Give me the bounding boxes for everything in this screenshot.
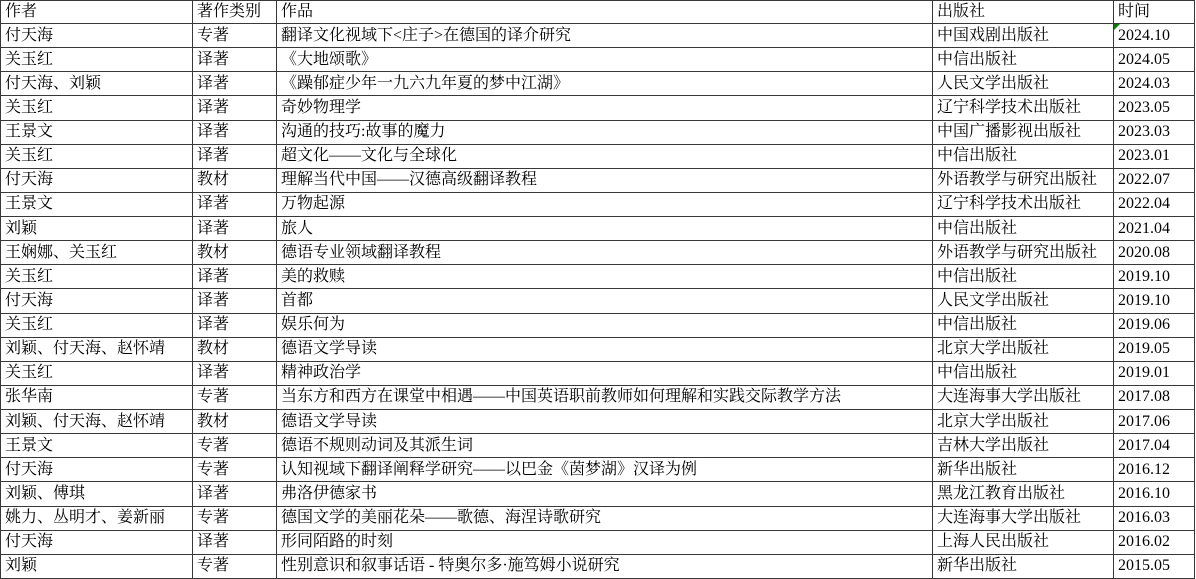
- cell-category[interactable]: 译著: [193, 120, 277, 144]
- cell-time[interactable]: 2016.12: [1114, 458, 1195, 482]
- cell-category[interactable]: 专著: [193, 458, 277, 482]
- cell-author[interactable]: 姚力、丛明才、姜新丽: [1, 506, 193, 530]
- cell-author[interactable]: 关玉红: [1, 96, 193, 120]
- cell-author[interactable]: 付天海: [1, 530, 193, 554]
- column-header-author[interactable]: 作者: [1, 1, 193, 24]
- cell-author[interactable]: 关玉红: [1, 144, 193, 168]
- cell-publisher[interactable]: 外语教学与研究出版社: [933, 241, 1114, 265]
- cell-work[interactable]: 形同陌路的时刻: [277, 530, 933, 554]
- cell-author[interactable]: 刘颖、付天海、赵怀靖: [1, 410, 193, 434]
- cell-author[interactable]: 关玉红: [1, 265, 193, 289]
- cell-time[interactable]: 2019.06: [1114, 313, 1195, 337]
- table-body: 付天海专著翻译文化视域下<庄子>在德国的译介研究中国戏剧出版社2024.10关玉…: [1, 24, 1195, 579]
- cell-time[interactable]: 2019.10: [1114, 289, 1195, 313]
- table-row: 刘颖、傅琪译著弗洛伊德家书黑龙江教育出版社2016.10: [1, 482, 1195, 506]
- cell-publisher[interactable]: 辽宁科学技术出版社: [933, 192, 1114, 216]
- cell-publisher[interactable]: 中国戏剧出版社: [933, 24, 1114, 48]
- cell-author[interactable]: 王景文: [1, 434, 193, 458]
- cell-category[interactable]: 译著: [193, 482, 277, 506]
- cell-work[interactable]: 翻译文化视域下<庄子>在德国的译介研究: [277, 24, 933, 48]
- cell-author[interactable]: 关玉红: [1, 313, 193, 337]
- cell-publisher[interactable]: 北京大学出版社: [933, 337, 1114, 361]
- table-row: 王景文译著沟通的技巧:故事的魔力中国广播影视出版社2023.03: [1, 120, 1195, 144]
- cell-author[interactable]: 刘颖: [1, 554, 193, 578]
- cell-time[interactable]: 2017.06: [1114, 410, 1195, 434]
- table-row: 关玉红译著超文化——文化与全球化中信出版社2023.01: [1, 144, 1195, 168]
- cell-time[interactable]: 2017.04: [1114, 434, 1195, 458]
- cell-publisher[interactable]: 中信出版社: [933, 265, 1114, 289]
- cell-author[interactable]: 关玉红: [1, 48, 193, 72]
- cell-time[interactable]: 2019.05: [1114, 337, 1195, 361]
- cell-publisher[interactable]: 中信出版社: [933, 144, 1114, 168]
- cell-category[interactable]: 译著: [193, 313, 277, 337]
- cell-publisher[interactable]: 北京大学出版社: [933, 410, 1114, 434]
- cell-author[interactable]: 张华南: [1, 385, 193, 409]
- cell-error-indicator-triangle: [1114, 24, 1120, 30]
- cell-time[interactable]: 2019.01: [1114, 361, 1195, 385]
- cell-work[interactable]: 弗洛伊德家书: [277, 482, 933, 506]
- table-row: 关玉红译著美的救赎中信出版社2019.10: [1, 265, 1195, 289]
- publications-table: 作者 著作类别 作品 出版社 时间 付天海专著翻译文化视域下<庄子>在德国的译介…: [0, 0, 1195, 579]
- cell-author[interactable]: 付天海: [1, 289, 193, 313]
- table-row: 张华南专著当东方和西方在课堂中相遇——中国英语职前教师如何理解和实践交际教学方法…: [1, 385, 1195, 409]
- cell-publisher[interactable]: 黑龙江教育出版社: [933, 482, 1114, 506]
- cell-author[interactable]: 王景文: [1, 192, 193, 216]
- cell-time[interactable]: 2016.02: [1114, 530, 1195, 554]
- cell-work[interactable]: 德语专业领域翻译教程: [277, 241, 933, 265]
- cell-category[interactable]: 译著: [193, 530, 277, 554]
- cell-time[interactable]: 2024.03: [1114, 72, 1195, 96]
- cell-work[interactable]: 奇妙物理学: [277, 96, 933, 120]
- table-row: 关玉红译著精神政治学中信出版社2019.01: [1, 361, 1195, 385]
- cell-category[interactable]: 教材: [193, 337, 277, 361]
- cell-publisher[interactable]: 上海人民出版社: [933, 530, 1114, 554]
- table-row: 付天海译著首都人民文学出版社2019.10: [1, 289, 1195, 313]
- table-row: 付天海教材理解当代中国——汉德高级翻译教程外语教学与研究出版社2022.07: [1, 168, 1195, 192]
- cell-time[interactable]: 2024.05: [1114, 48, 1195, 72]
- cell-author[interactable]: 刘颖、傅琪: [1, 482, 193, 506]
- cell-work[interactable]: 《躁郁症少年一九六九年夏的梦中江湖》: [277, 72, 933, 96]
- cell-category[interactable]: 教材: [193, 410, 277, 434]
- cell-category[interactable]: 专著: [193, 434, 277, 458]
- cell-category[interactable]: 译著: [193, 96, 277, 120]
- cell-author[interactable]: 付天海: [1, 168, 193, 192]
- table-row: 关玉红译著娱乐何为中信出版社2019.06: [1, 313, 1195, 337]
- cell-category[interactable]: 译著: [193, 192, 277, 216]
- column-header-work[interactable]: 作品: [277, 1, 933, 24]
- cell-time[interactable]: 2020.08: [1114, 241, 1195, 265]
- table-row: 王娴娜、关玉红教材德语专业领域翻译教程外语教学与研究出版社2020.08: [1, 241, 1195, 265]
- table-row: 付天海译著形同陌路的时刻上海人民出版社2016.02: [1, 530, 1195, 554]
- cell-time[interactable]: 2016.10: [1114, 482, 1195, 506]
- cell-author[interactable]: 王娴娜、关玉红: [1, 241, 193, 265]
- cell-time[interactable]: 2022.04: [1114, 192, 1195, 216]
- table-row: 关玉红译著奇妙物理学辽宁科学技术出版社2023.05: [1, 96, 1195, 120]
- cell-category[interactable]: 译著: [193, 144, 277, 168]
- cell-publisher[interactable]: 大连海事大学出版社: [933, 506, 1114, 530]
- table-row: 刘颖、付天海、赵怀靖教材德语文学导读北京大学出版社2017.06: [1, 410, 1195, 434]
- cell-publisher[interactable]: 辽宁科学技术出版社: [933, 96, 1114, 120]
- cell-work[interactable]: 德语不规则动词及其派生词: [277, 434, 933, 458]
- cell-work[interactable]: 德国文学的美丽花朵——歌德、海涅诗歌研究: [277, 506, 933, 530]
- cell-publisher[interactable]: 中信出版社: [933, 217, 1114, 241]
- cell-work[interactable]: 性别意识和叙事话语 - 特奥尔多·施笃姆小说研究: [277, 554, 933, 578]
- table-row: 刘颖译著旅人中信出版社2021.04: [1, 217, 1195, 241]
- cell-author[interactable]: 关玉红: [1, 361, 193, 385]
- cell-publisher[interactable]: 中信出版社: [933, 313, 1114, 337]
- cell-work[interactable]: 娱乐何为: [277, 313, 933, 337]
- cell-work[interactable]: 认知视域下翻译阐释学研究——以巴金《茵梦湖》汉译为例: [277, 458, 933, 482]
- cell-category[interactable]: 专著: [193, 385, 277, 409]
- header-row: 作者 著作类别 作品 出版社 时间: [1, 1, 1195, 24]
- cell-work[interactable]: 超文化——文化与全球化: [277, 144, 933, 168]
- cell-work[interactable]: 德语文学导读: [277, 337, 933, 361]
- cell-author[interactable]: 付天海: [1, 458, 193, 482]
- cell-author[interactable]: 刘颖: [1, 217, 193, 241]
- cell-category[interactable]: 译著: [193, 217, 277, 241]
- cell-publisher[interactable]: 中信出版社: [933, 361, 1114, 385]
- column-header-time[interactable]: 时间: [1114, 1, 1195, 24]
- cell-time[interactable]: 2015.05: [1114, 554, 1195, 578]
- cell-author[interactable]: 刘颖、付天海、赵怀靖: [1, 337, 193, 361]
- cell-time[interactable]: 2024.10: [1114, 24, 1195, 48]
- cell-category[interactable]: 译著: [193, 361, 277, 385]
- cell-author[interactable]: 王景文: [1, 120, 193, 144]
- cell-publisher[interactable]: 人民文学出版社: [933, 72, 1114, 96]
- cell-work[interactable]: 万物起源: [277, 192, 933, 216]
- cell-time[interactable]: 2023.03: [1114, 120, 1195, 144]
- cell-category[interactable]: 译著: [193, 265, 277, 289]
- table-row: 刘颖、付天海、赵怀靖教材德语文学导读北京大学出版社2019.05: [1, 337, 1195, 361]
- table-row: 付天海专著翻译文化视域下<庄子>在德国的译介研究中国戏剧出版社2024.10: [1, 24, 1195, 48]
- cell-time[interactable]: 2017.08: [1114, 385, 1195, 409]
- table-row: 付天海专著认知视域下翻译阐释学研究——以巴金《茵梦湖》汉译为例新华出版社2016…: [1, 458, 1195, 482]
- cell-work[interactable]: 旅人: [277, 217, 933, 241]
- column-header-category[interactable]: 著作类别: [193, 1, 277, 24]
- cell-author[interactable]: 付天海: [1, 24, 193, 48]
- cell-work[interactable]: 《大地颂歌》: [277, 48, 933, 72]
- cell-category[interactable]: 译著: [193, 72, 277, 96]
- cell-category[interactable]: 译著: [193, 289, 277, 313]
- cell-category[interactable]: 专著: [193, 24, 277, 48]
- cell-publisher[interactable]: 中信出版社: [933, 48, 1114, 72]
- cell-work[interactable]: 精神政治学: [277, 361, 933, 385]
- table-row: 付天海、刘颖译著《躁郁症少年一九六九年夏的梦中江湖》人民文学出版社2024.03: [1, 72, 1195, 96]
- cell-category[interactable]: 教材: [193, 241, 277, 265]
- cell-time[interactable]: 2023.01: [1114, 144, 1195, 168]
- column-header-publisher[interactable]: 出版社: [933, 1, 1114, 24]
- table-row: 刘颖专著性别意识和叙事话语 - 特奥尔多·施笃姆小说研究新华出版社2015.05: [1, 554, 1195, 578]
- cell-work[interactable]: 沟通的技巧:故事的魔力: [277, 120, 933, 144]
- cell-time[interactable]: 2022.07: [1114, 168, 1195, 192]
- cell-time[interactable]: 2021.04: [1114, 217, 1195, 241]
- cell-time[interactable]: 2023.05: [1114, 96, 1195, 120]
- cell-publisher[interactable]: 大连海事大学出版社: [933, 385, 1114, 409]
- cell-time[interactable]: 2016.03: [1114, 506, 1195, 530]
- cell-category[interactable]: 专著: [193, 554, 277, 578]
- cell-time[interactable]: 2019.10: [1114, 265, 1195, 289]
- cell-category[interactable]: 专著: [193, 506, 277, 530]
- cell-publisher[interactable]: 新华出版社: [933, 554, 1114, 578]
- cell-publisher[interactable]: 人民文学出版社: [933, 289, 1114, 313]
- cell-author[interactable]: 付天海、刘颖: [1, 72, 193, 96]
- cell-work[interactable]: 美的救赎: [277, 265, 933, 289]
- cell-work[interactable]: 首都: [277, 289, 933, 313]
- cell-publisher[interactable]: 新华出版社: [933, 458, 1114, 482]
- cell-work[interactable]: 当东方和西方在课堂中相遇——中国英语职前教师如何理解和实践交际教学方法: [277, 385, 933, 409]
- cell-work[interactable]: 德语文学导读: [277, 410, 933, 434]
- table-row: 关玉红译著《大地颂歌》中信出版社2024.05: [1, 48, 1195, 72]
- cell-publisher[interactable]: 吉林大学出版社: [933, 434, 1114, 458]
- table-row: 王景文译著万物起源辽宁科学技术出版社2022.04: [1, 192, 1195, 216]
- cell-category[interactable]: 译著: [193, 48, 277, 72]
- cell-category[interactable]: 教材: [193, 168, 277, 192]
- cell-publisher[interactable]: 中国广播影视出版社: [933, 120, 1114, 144]
- table-row: 姚力、丛明才、姜新丽专著德国文学的美丽花朵——歌德、海涅诗歌研究大连海事大学出版…: [1, 506, 1195, 530]
- cell-work[interactable]: 理解当代中国——汉德高级翻译教程: [277, 168, 933, 192]
- cell-publisher[interactable]: 外语教学与研究出版社: [933, 168, 1114, 192]
- table-row: 王景文专著德语不规则动词及其派生词吉林大学出版社2017.04: [1, 434, 1195, 458]
